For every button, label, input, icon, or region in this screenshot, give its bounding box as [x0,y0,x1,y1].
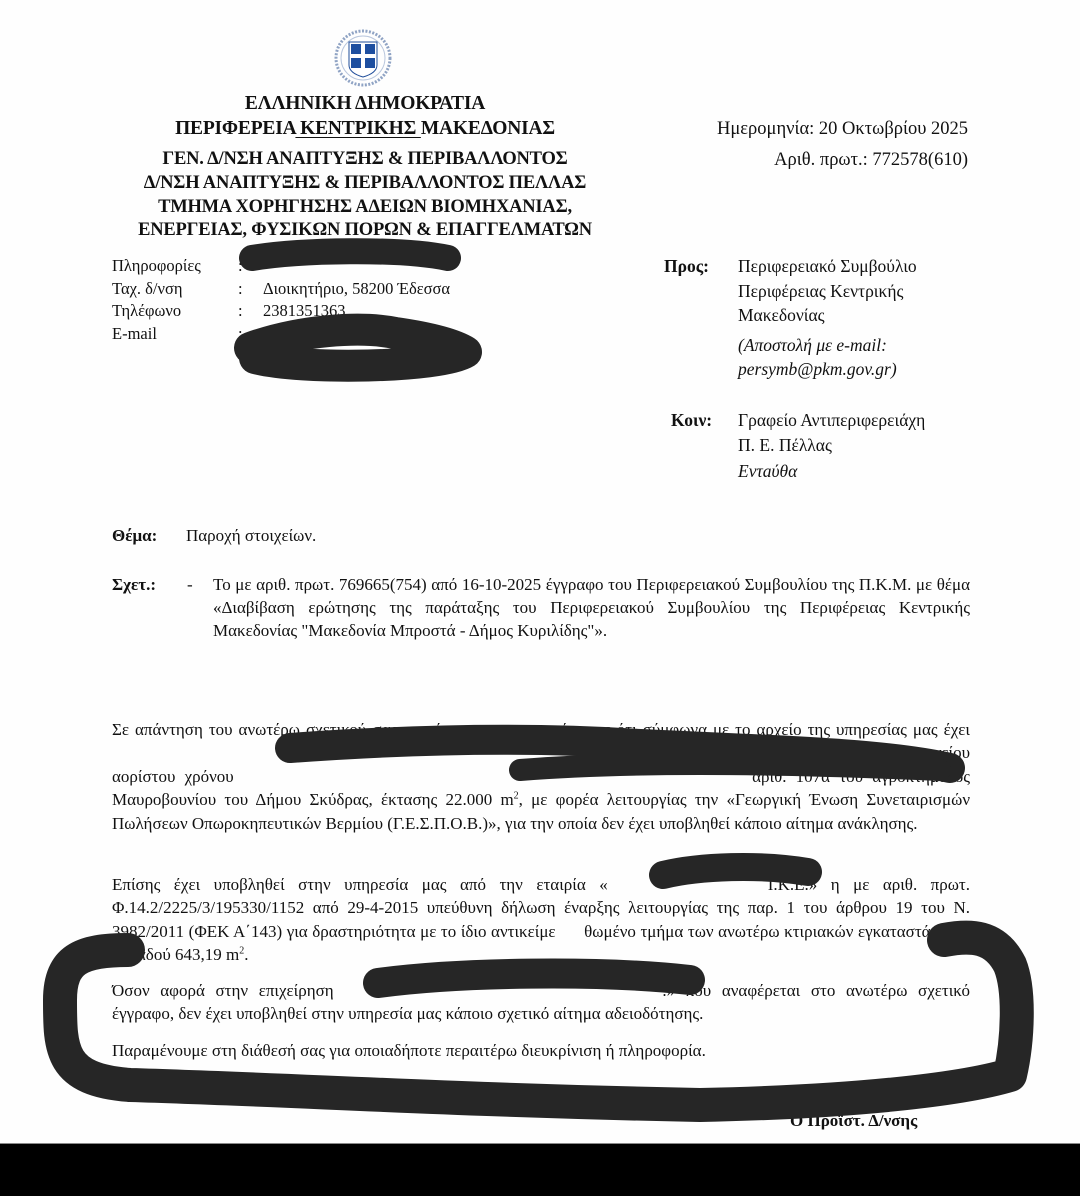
bottom-black-bar [0,1143,1080,1196]
redaction-mark [520,764,940,770]
redaction-mark [252,251,448,258]
redaction-mark [663,867,808,875]
redaction-mark [378,974,690,983]
redaction-mark [250,330,466,366]
document-page: ΕΛΛΗΝΙΚΗ ΔΗΜΟΚΡΑΤΙΑ ΠΕΡΙΦΕΡΕΙΑ ΚΕΝΤΡΙΚΗΣ… [0,0,1080,1143]
marker-redactions [0,0,1080,1143]
